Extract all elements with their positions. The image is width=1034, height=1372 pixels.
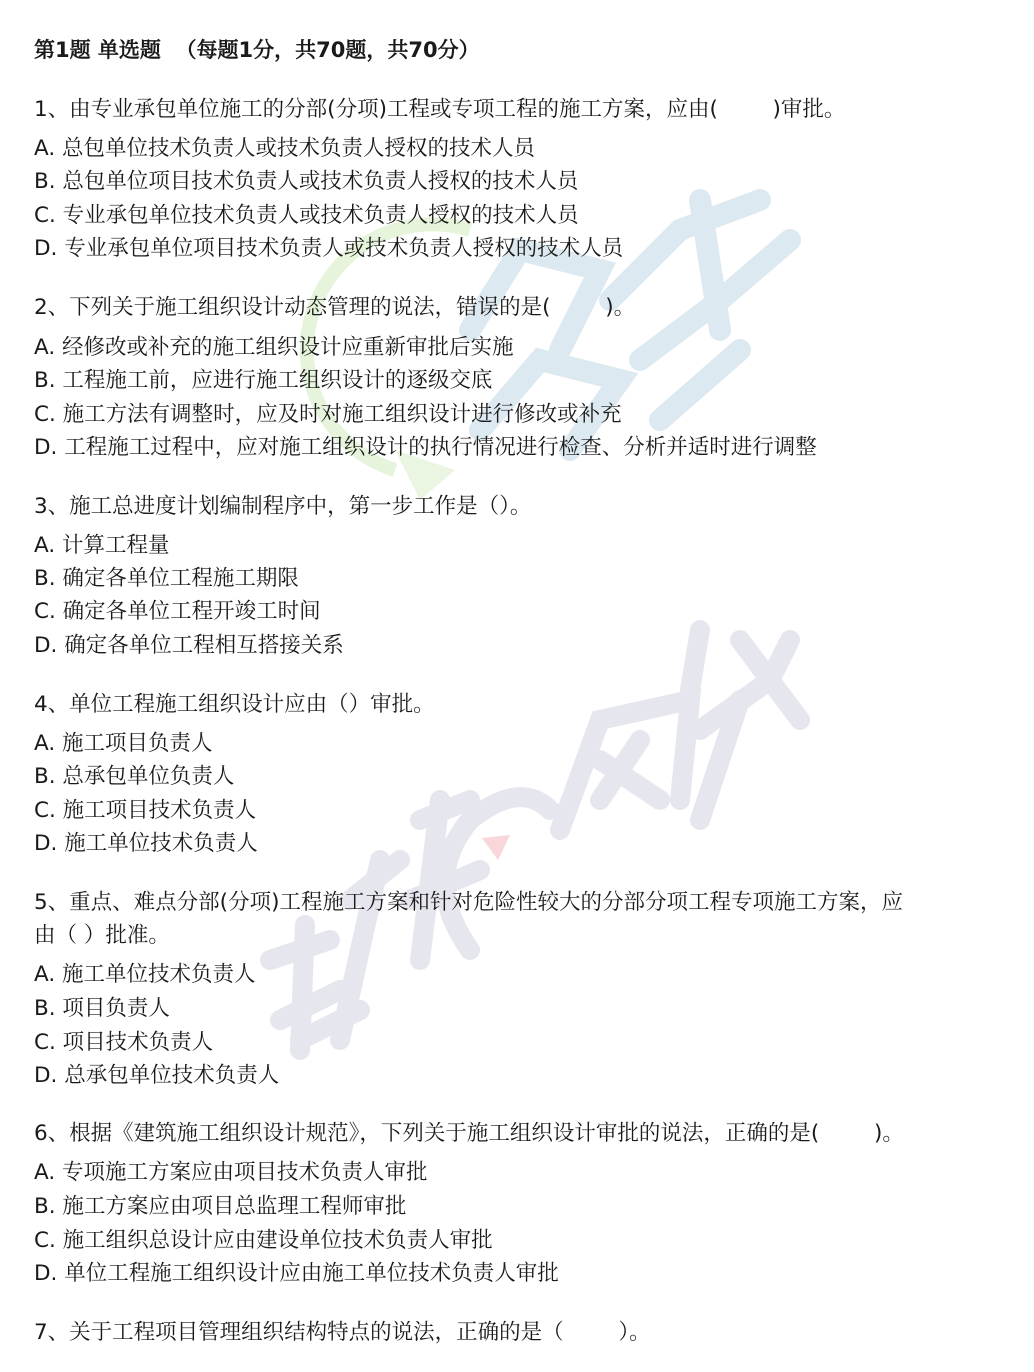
question-6-option-a[interactable]: A. 专项施工方案应由项目技术负责人审批 — [34, 1159, 428, 1187]
question-5-stem-line-1: 5、重点、难点分部(分项)工程施工方案和针对危险性较大的分部分项工程专项施工方案… — [34, 889, 903, 917]
section-title: 第1题 单选题 （每题1分，共70题，共70分） — [34, 36, 480, 64]
question-6-option-c[interactable]: C. 施工组织总设计应由建设单位技术负责人审批 — [34, 1227, 493, 1255]
question-2-option-d[interactable]: D. 工程施工过程中，应对施工组织设计的执行情况进行检查、分析并适时进行调整 — [34, 434, 817, 462]
question-3-option-d[interactable]: D. 确定各单位工程相互搭接关系 — [34, 632, 344, 660]
question-6-stem: 6、根据《建筑施工组织设计规范》，下列关于施工组织设计审批的说法，正确的是( )… — [34, 1120, 904, 1148]
question-2-option-b[interactable]: B. 工程施工前，应进行施工组织设计的逐级交底 — [34, 367, 492, 395]
question-1-stem: 1、由专业承包单位施工的分部(分项)工程或专项工程的施工方案，应由( )审批。 — [34, 96, 845, 124]
question-2-option-c[interactable]: C. 施工方法有调整时，应及时对施工组织设计进行修改或补充 — [34, 401, 622, 429]
question-1-option-d[interactable]: D. 专业承包单位项目技术负责人或技术负责人授权的技术人员 — [34, 235, 623, 263]
question-5-option-a[interactable]: A. 施工单位技术负责人 — [34, 961, 256, 989]
question-1-option-c[interactable]: C. 专业承包单位技术负责人或技术负责人授权的技术人员 — [34, 202, 579, 230]
question-1-option-a[interactable]: A. 总包单位技术负责人或技术负责人授权的技术人员 — [34, 135, 535, 163]
question-2-option-a[interactable]: A. 经修改或补充的施工组织设计应重新审批后实施 — [34, 334, 514, 362]
question-7-stem: 7、关于工程项目管理组织结构特点的说法，正确的是（ ）。 — [34, 1319, 651, 1347]
question-3-option-a[interactable]: A. 计算工程量 — [34, 532, 170, 560]
question-4-option-b[interactable]: B. 总承包单位负责人 — [34, 763, 234, 791]
question-4-option-d[interactable]: D. 施工单位技术负责人 — [34, 830, 258, 858]
question-6-option-d[interactable]: D. 单位工程施工组织设计应由施工单位技术负责人审批 — [34, 1260, 559, 1288]
question-4-option-a[interactable]: A. 施工项目负责人 — [34, 730, 213, 758]
question-3-stem: 3、施工总进度计划编制程序中，第一步工作是（）。 — [34, 493, 531, 521]
question-5-option-d[interactable]: D. 总承包单位技术负责人 — [34, 1062, 279, 1090]
question-3-option-c[interactable]: C. 确定各单位工程开竣工时间 — [34, 598, 321, 626]
question-2-stem: 2、下列关于施工组织设计动态管理的说法，错误的是( )。 — [34, 294, 635, 322]
document-page: 第1题 单选题 （每题1分，共70题，共70分） 1、由专业承包单位施工的分部(… — [0, 0, 1034, 1372]
question-5-option-c[interactable]: C. 项目技术负责人 — [34, 1029, 213, 1057]
question-5-option-b[interactable]: B. 项目负责人 — [34, 995, 170, 1023]
question-4-option-c[interactable]: C. 施工项目技术负责人 — [34, 797, 256, 825]
question-content: 第1题 单选题 （每题1分，共70题，共70分） 1、由专业承包单位施工的分部(… — [0, 0, 1034, 1372]
question-3-option-b[interactable]: B. 确定各单位工程施工期限 — [34, 565, 299, 593]
question-6-option-b[interactable]: B. 施工方案应由项目总监理工程师审批 — [34, 1193, 406, 1221]
question-1-option-b[interactable]: B. 总包单位项目技术负责人或技术负责人授权的技术人员 — [34, 168, 578, 196]
question-5-stem-line-2: 由（ ）批准。 — [34, 922, 170, 950]
question-4-stem: 4、单位工程施工组织设计应由（）审批。 — [34, 691, 435, 719]
